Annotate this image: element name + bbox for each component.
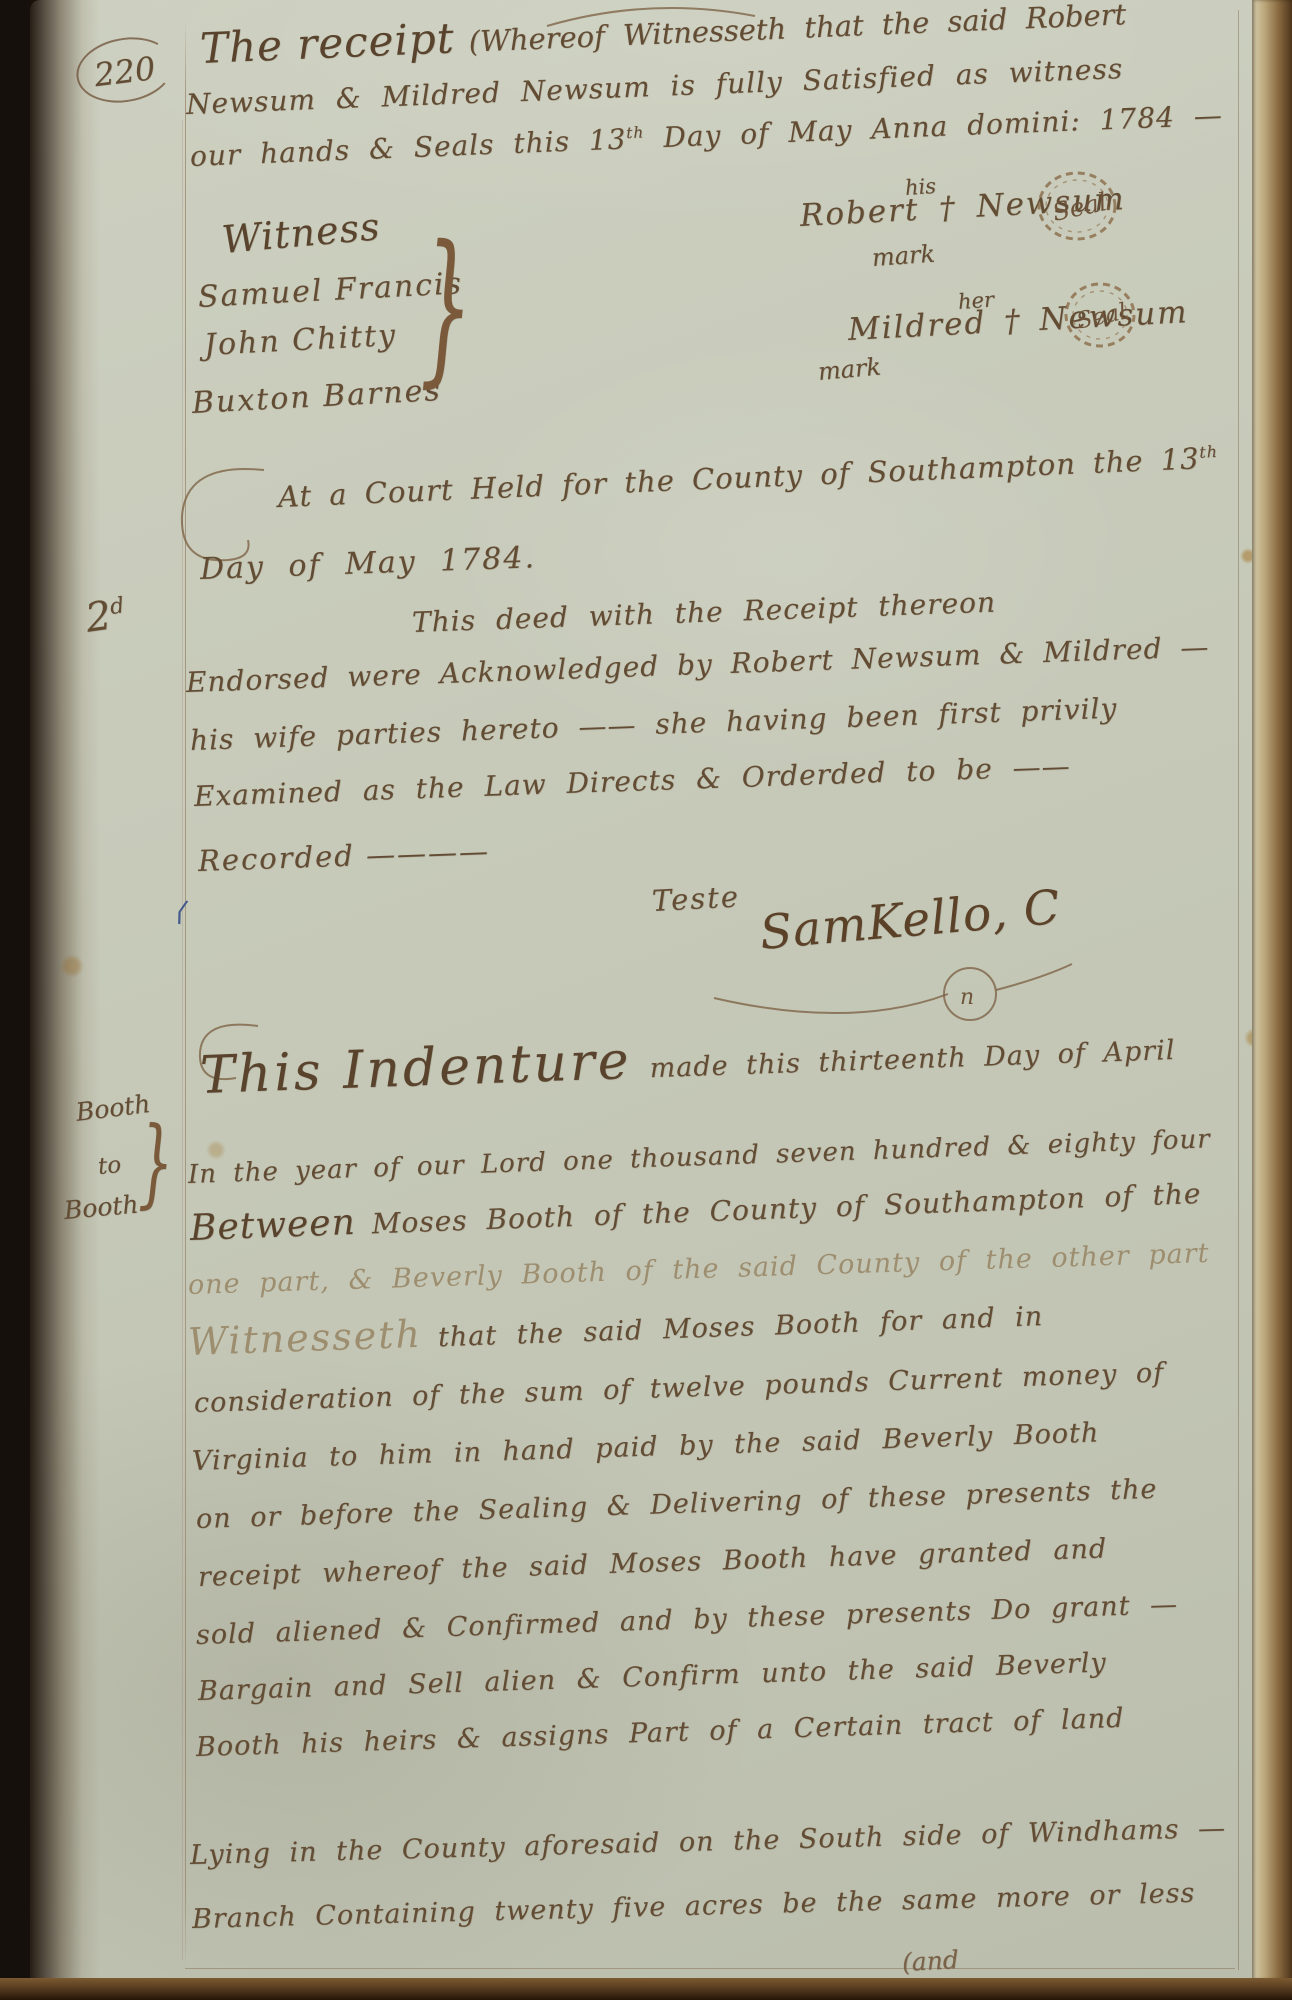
book-page-edges: [1252, 0, 1292, 1980]
page-right-edge-line: [1238, 10, 1239, 1970]
indenture-between-big: Between: [189, 1202, 356, 1249]
seal-1-label: Seal: [1050, 187, 1110, 227]
seal-2: Seal: [1058, 276, 1142, 354]
page-bottom-rule: [185, 1968, 1235, 1969]
indenture-witnesseth-big: Witnesseth: [187, 1312, 422, 1364]
clerk-flourish-letter: n: [960, 985, 974, 1010]
margin-rule-line-faint: [182, 120, 183, 1960]
seal-1: Seal: [1030, 164, 1124, 248]
receipt-line-3-sup: th: [626, 123, 645, 142]
seal-2-label: Seal: [1074, 299, 1129, 335]
clerk-signature-flourish: n: [712, 950, 1076, 1024]
catchword: (and: [901, 1945, 959, 1977]
margin-case-brace: }: [138, 1105, 173, 1221]
margin-fee-note: 2d: [83, 591, 129, 642]
signature-2-mark-word: mark: [817, 353, 882, 386]
signature-2-first: Mildred: [847, 305, 987, 348]
book-bottom-edge: [0, 1978, 1292, 2000]
signature-1-first: Robert: [799, 192, 920, 234]
signature-2-mark: †: [997, 303, 1028, 340]
signature-1-mark: †: [930, 189, 965, 227]
witness-brace: }: [420, 214, 472, 401]
court-line-1-sup: th: [1199, 442, 1218, 462]
scanned-deed-page: 220 The receipt (Whereof Witnesseth that…: [0, 0, 1292, 2000]
margin-rule-line: [185, 18, 186, 1970]
signature-1-mark-word: mark: [871, 240, 936, 272]
book-spine-shadow: [30, 0, 100, 1980]
margin-case-mid: to: [97, 1152, 122, 1180]
teste-label: Teste: [651, 879, 741, 918]
margin-fee-unit: d: [108, 593, 125, 620]
page-number: 220: [93, 49, 158, 94]
